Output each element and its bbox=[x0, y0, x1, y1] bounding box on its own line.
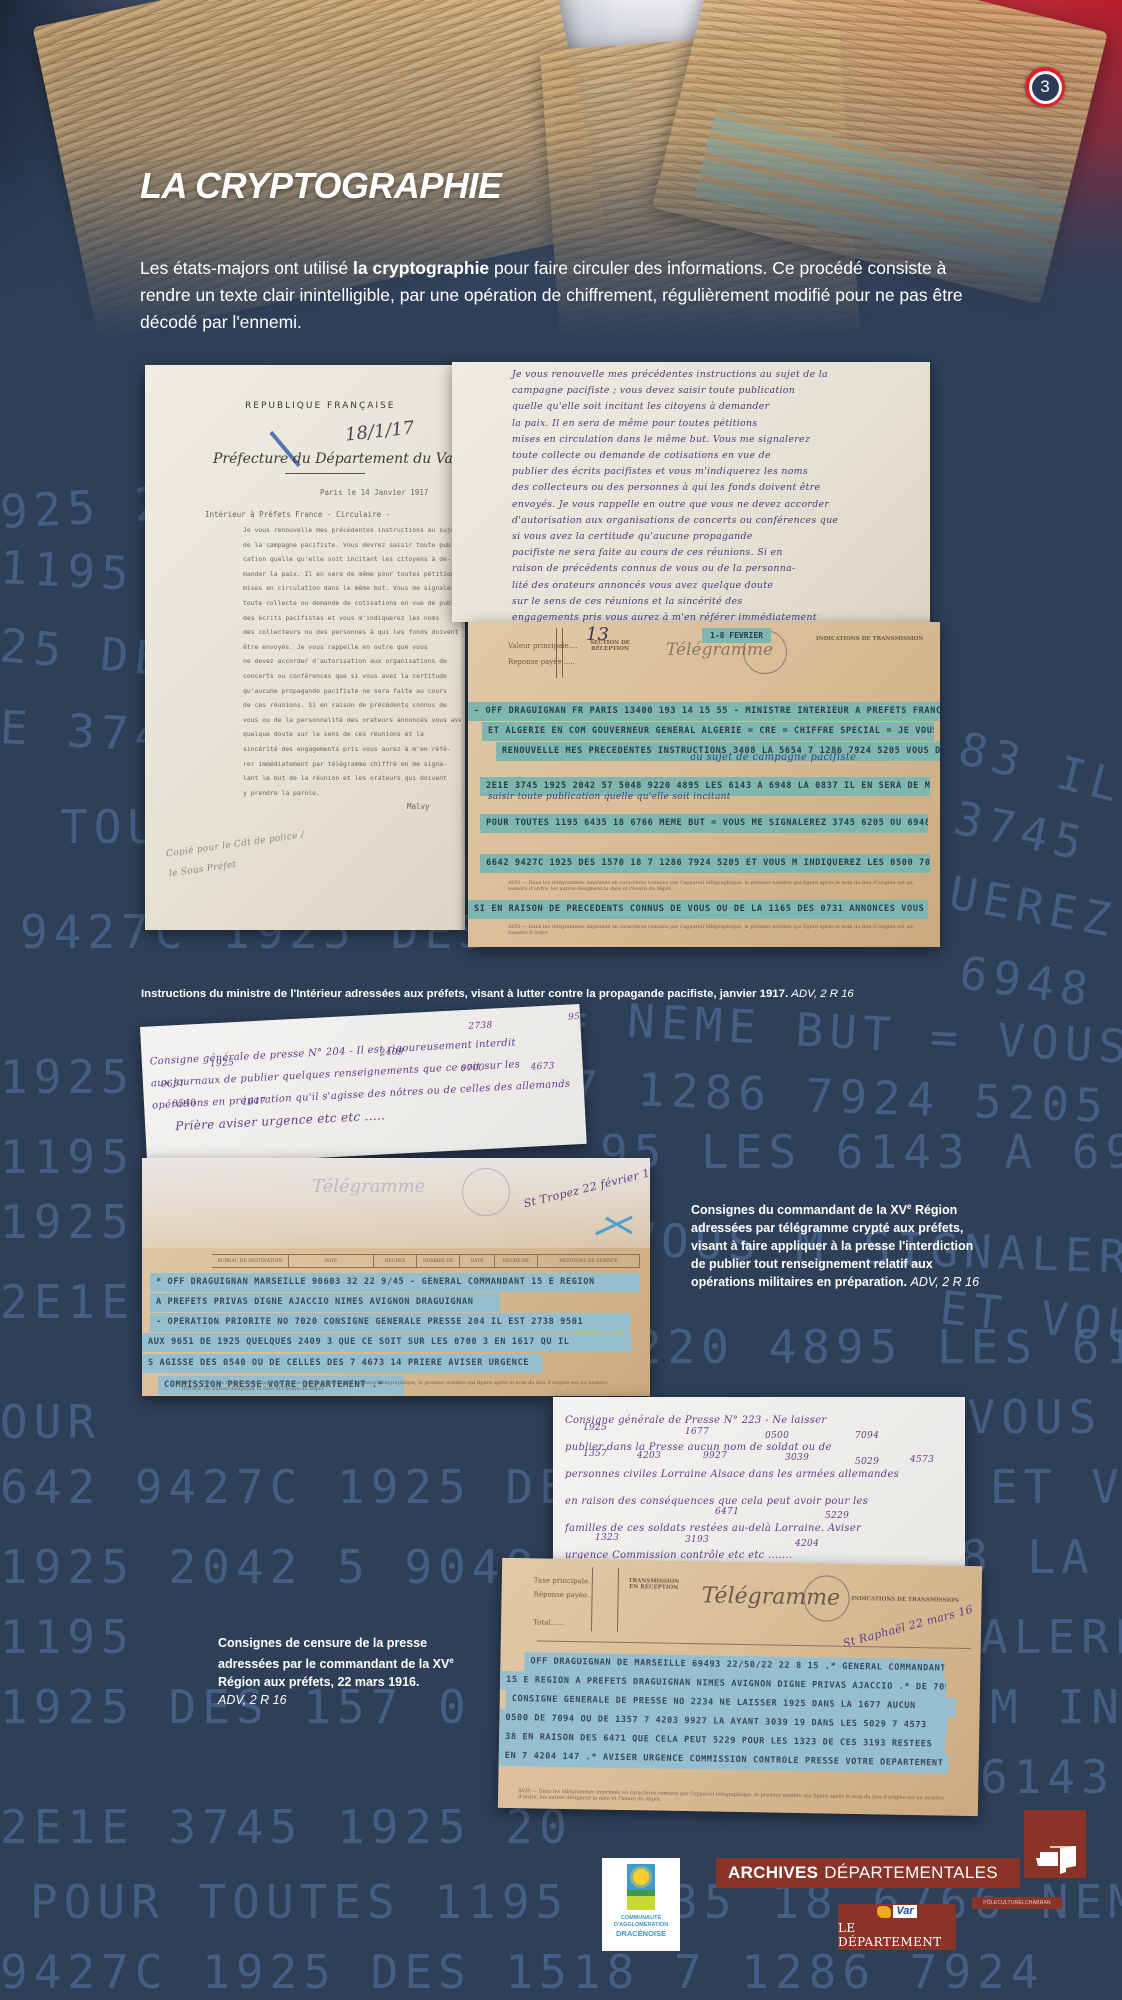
date-stamp-handwritten: 18/1/17 bbox=[344, 417, 415, 445]
annotation-seize: saisir toute publication quelle qu'elle … bbox=[488, 788, 731, 808]
document-line: sincérité des engagements pris vous aure… bbox=[243, 742, 451, 757]
document-line: engagements pris vous aurez à m'en référ… bbox=[512, 608, 817, 622]
cipher-watermark-line: = NEME BUT = VOUS M SIGNALEREZ 3745 bbox=[559, 990, 1122, 1106]
telegram-title: Télégramme bbox=[312, 1176, 425, 1197]
cipher-watermark-line: M INDIQU bbox=[990, 1680, 1122, 1734]
document-line: être envoyés. Je vous rappelle en outre … bbox=[243, 640, 428, 655]
cipher-watermark-line: OUR bbox=[0, 1395, 101, 1449]
annotation-campaign: au sujet de campagne pacifiste bbox=[690, 748, 856, 768]
cipher-tape: S AGISSE DES 0540 OU DE CELLES DES 7 467… bbox=[142, 1354, 542, 1373]
postmark-stamp bbox=[462, 1168, 510, 1216]
cipher-code-number: 2738 bbox=[468, 1017, 493, 1038]
cipher-code-number: 9651 bbox=[161, 1075, 186, 1096]
document-consigne-223: Consigne générale de Presse N° 223 - Ne … bbox=[553, 1397, 965, 1577]
document-line: toute collecte ou demande de cotisations… bbox=[243, 596, 465, 611]
cipher-watermark-line: 2E1E 3745 1925 20 bbox=[0, 1800, 573, 1854]
transmission-label: INDICATIONS DE TRANSMISSION bbox=[816, 636, 923, 642]
cipher-code-number: 1357 bbox=[583, 1445, 607, 1465]
reception-label: TRANSMISSION EN RÉCEPTION bbox=[624, 1578, 684, 1591]
form-column-header: BUREAU DE DESTINATION bbox=[212, 1255, 289, 1267]
document-line: mander la paix. Il en sera de même pour … bbox=[243, 567, 458, 582]
logo-pole-culturel-chabran[interactable] bbox=[1024, 1810, 1086, 1878]
logo-archives-departementales[interactable]: ARCHIVESDÉPARTEMENTALES bbox=[716, 1858, 1020, 1888]
cipher-code-number: 1677 bbox=[685, 1423, 709, 1443]
document-line: vous ou de la personnalité des orateurs … bbox=[243, 713, 465, 728]
intro-keyword: la cryptographie bbox=[353, 258, 489, 278]
caption-press-censorship: Consignes de censure de la presse adress… bbox=[218, 1634, 458, 1709]
cipher-code-number: 4204 bbox=[795, 1535, 819, 1555]
cipher-watermark-line: 95 LES 6143 A 6948 LA 083 IL E bbox=[600, 1125, 1122, 1179]
form-column-header: HEURES bbox=[374, 1255, 417, 1267]
archive-reference: ADV, 2 R 16 bbox=[791, 988, 853, 1000]
cipher-code-number: 6471 bbox=[715, 1503, 739, 1523]
document-typed-circular: REPUBLIQUE FRANÇAISE 18/1/17 Préfecture … bbox=[145, 365, 465, 930]
form-column-header: MENTIONS DE SERVICE bbox=[538, 1255, 640, 1267]
cipher-watermark-line: UEREZ LES 050 bbox=[945, 865, 1122, 994]
cipher-code-number: 1323 bbox=[595, 1529, 619, 1549]
pole-culturel-tagline: PÔLECULTURELCHABRAN bbox=[972, 1897, 1062, 1909]
building-blocks-icon bbox=[1034, 1844, 1078, 1874]
cipher-code-number: 4573 bbox=[910, 1451, 934, 1471]
cipher-watermark-line: 1195 bbox=[0, 1130, 135, 1184]
letterhead-title: REPUBLIQUE FRANÇAISE bbox=[245, 401, 395, 411]
logo-var-le-departement[interactable]: Var LE DÉPARTEMENT bbox=[838, 1904, 956, 1950]
cipher-tape: - OFF DRAGUIGNAN FR PARIS 13400 193 14 1… bbox=[468, 702, 940, 721]
document-line: cation quelle qu'elle soit incitant les … bbox=[243, 552, 451, 567]
document-line: Je vous renouvelle mes précédentes instr… bbox=[243, 523, 458, 538]
margin-note: Copié pour le Cdt de police / le Sous Pr… bbox=[165, 825, 319, 884]
cipher-code-number: 3039 bbox=[785, 1449, 809, 1469]
stamp-tape: 1-8 FEVRIER bbox=[702, 628, 771, 643]
cipher-code-number: 4203 bbox=[637, 1447, 661, 1467]
document-line: qu'aucune propagande pacifiste ne sera f… bbox=[243, 684, 447, 699]
document-line: de la campagne pacifiste. Vous devrez sa… bbox=[243, 538, 462, 553]
document-line: de ces réunions. Si en raison de précéde… bbox=[243, 698, 447, 713]
cipher-tape: ET ALGERIE EN COM GOUVERNEUR GENERAL ALG… bbox=[482, 722, 934, 741]
postmark-stamp bbox=[803, 1575, 850, 1622]
cipher-code-number: 9501 bbox=[568, 1007, 587, 1028]
document-consigne-204: Consigne générale de presse N° 204 - Il … bbox=[140, 1004, 587, 1167]
cipher-code-number: 3193 bbox=[685, 1531, 709, 1551]
form-column-header: NOMBRE DE MOTS bbox=[417, 1255, 460, 1267]
cipher-code-number: 1617 bbox=[242, 1093, 267, 1114]
cipher-tape: * OFF DRAGUIGNAN MARSEILLE 90603 32 22 9… bbox=[150, 1273, 640, 1292]
intro-paragraph: Les états-majors ont utilisé la cryptogr… bbox=[140, 255, 1000, 336]
document-line: mises en circulation dans le même but. V… bbox=[243, 581, 462, 596]
cipher-code-number: 4673 bbox=[530, 1057, 555, 1078]
cipher-watermark-line: 9220 4895 LES 6143 A 6948 L bbox=[600, 1320, 1122, 1374]
cipher-tape: 6642 9427C 1925 DES 1570 18 7 1286 7924 … bbox=[480, 854, 930, 873]
cipher-watermark-line: 8 LA 083 bbox=[960, 1530, 1122, 1584]
reception-number: 13 bbox=[586, 624, 609, 645]
cipher-code-number: 5029 bbox=[855, 1453, 879, 1473]
cipher-watermark-line: 6143 A bbox=[980, 1750, 1122, 1804]
form-column-header: DATE bbox=[460, 1255, 495, 1267]
document-line: y prendre la parole. bbox=[243, 786, 320, 801]
document-line: des collecteurs ou des personnes à qui l… bbox=[243, 625, 458, 640]
telegram-cipher-1917: Valeur principale.... Reponse payée.....… bbox=[468, 622, 940, 947]
archive-reference: ADV, 2 R 16 bbox=[218, 1693, 287, 1707]
cipher-code-number: 5229 bbox=[825, 1507, 849, 1527]
form-column-header: DATE bbox=[289, 1255, 374, 1267]
cipher-watermark-line: 1925 bbox=[0, 1195, 135, 1249]
document-line: ne devez accorder d'autorisation aux org… bbox=[243, 654, 447, 669]
cipher-code-number: 7094 bbox=[855, 1427, 879, 1447]
document-line: rer immédiatement par télégramme chiffré… bbox=[243, 757, 447, 772]
var-map-icon bbox=[877, 1906, 891, 1918]
document-line: lant le but de la réunion et les orateur… bbox=[243, 771, 447, 786]
cipher-watermark-line: 1925 bbox=[0, 1050, 135, 1104]
document-handwritten-draft: Je vous renouvelle mes précédentes instr… bbox=[452, 362, 930, 622]
cipher-code-number: 1925 bbox=[583, 1419, 607, 1439]
document-line: concerts ou conférences que si vous avez… bbox=[243, 669, 447, 684]
cipher-watermark-line: 1195 bbox=[0, 1610, 135, 1664]
cipher-watermark-line: ET VOUS M INDIQUEREZ bbox=[937, 1280, 1122, 1404]
cipher-code-number: 1925 bbox=[210, 1054, 235, 1075]
sun-landscape-icon bbox=[625, 1864, 657, 1912]
document-line: des écrits pacifistes et vous m'indiquer… bbox=[243, 611, 439, 626]
address-line: Intérieur à Préfets France - Circulaire … bbox=[205, 507, 390, 522]
logo-communaute-agglomeration-dracenoise[interactable]: COMMUNAUTÉ D'AGGLOMÉRATION DRACÉNOISE bbox=[602, 1858, 680, 1951]
caption-telegram-xv-region: Consignes du commandant de la XVe Région… bbox=[691, 1198, 991, 1291]
page-title: LA CRYPTOGRAPHIE bbox=[140, 165, 501, 207]
cipher-watermark-line: 9427C 1925 DES 1518 7 1286 7924 bbox=[0, 1945, 1045, 1999]
cipher-watermark-line: ALEREZ 37 bbox=[980, 1610, 1122, 1664]
form-column-header: HEURE DE DÉPÔT bbox=[495, 1255, 538, 1267]
telegram-cipher-1916-feb: Télégramme St Tropez 22 février 16 BUREA… bbox=[142, 1158, 650, 1396]
cipher-code-number: 9927 bbox=[703, 1447, 727, 1467]
cipher-code-number: 0700 bbox=[460, 1059, 485, 1080]
transmission-label: INDICATIONS DE TRANSMISSION bbox=[852, 1596, 959, 1604]
cipher-code-number: 2409 bbox=[379, 1043, 404, 1064]
cipher-watermark-line: ET VOUS M bbox=[990, 1460, 1122, 1514]
cipher-tape: A PREFETS PRIVAS DIGNE AJACCIO NIMES AVI… bbox=[150, 1293, 500, 1312]
cipher-tape: - OPERATION PRIORITE NO 7020 CONSIGNE GE… bbox=[150, 1313, 630, 1332]
cipher-code-number: 0500 bbox=[765, 1427, 789, 1447]
cipher-watermark-line: 83 IL EN SÉRA bbox=[953, 721, 1122, 879]
panel-number: 3 bbox=[1032, 74, 1059, 101]
cipher-tape: SI EN RAISON DE PRECEDENTS CONNUS DE VOU… bbox=[468, 900, 928, 919]
archive-reference: ADV, 2 R 16 bbox=[911, 1275, 980, 1289]
cipher-tape: POUR TOUTES 1195 6435 18 6766 MEME BUT =… bbox=[480, 814, 928, 833]
caption-circular: Instructions du ministre de l'Intérieur … bbox=[141, 985, 1021, 1003]
document-line: quelque doute sur le sens de ces réunion… bbox=[243, 727, 424, 742]
cipher-watermark-line: 3745 6205 OU bbox=[949, 791, 1122, 928]
dateline: Paris le 14 Janvier 1917 bbox=[320, 485, 428, 500]
cipher-tape: AUX 9651 DE 1925 QUELQUES 2409 3 QUE CE … bbox=[142, 1333, 632, 1352]
telegram-cipher-1916-mar: Taxe principale. Réponse payée.. Total..… bbox=[498, 1558, 982, 1816]
panel-number-badge: 3 bbox=[1025, 67, 1065, 107]
document-line: personnes civiles Lorraine Alsace dans l… bbox=[565, 1465, 899, 1485]
prefecture-heading: Préfecture du Département du Var bbox=[213, 451, 460, 467]
cipher-watermark-line: 7 1286 7924 5205 ET VOUS M INDIQUERE bbox=[569, 1060, 1122, 1156]
signature: Malvy bbox=[407, 799, 430, 814]
cipher-code-number: 0540 bbox=[172, 1094, 197, 1115]
form-column-headers: BUREAU DE DESTINATIONDATEHEURESNOMBRE DE… bbox=[212, 1254, 640, 1268]
